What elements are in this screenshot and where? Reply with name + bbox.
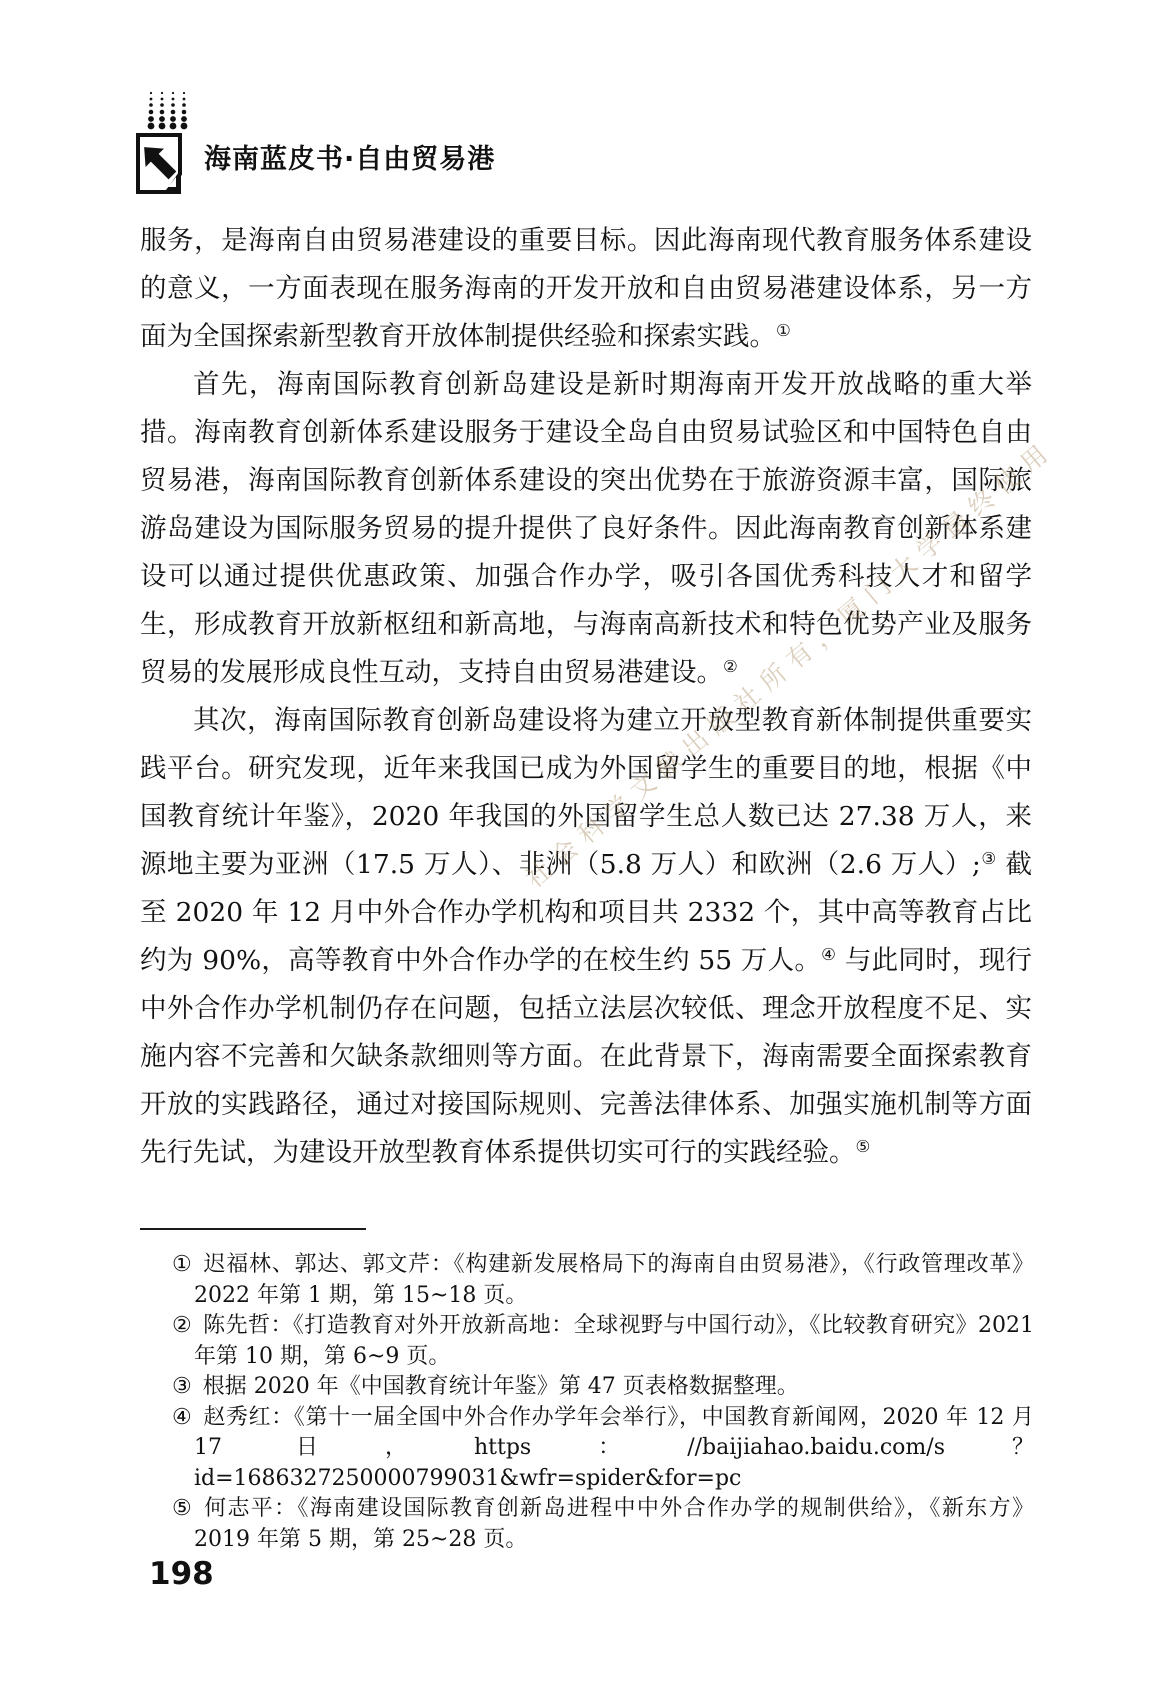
footnote-list: ①迟福林、郭达、郭文芹：《构建新发展格局下的海南自由贸易港》，《行政管理改革》2… — [172, 1250, 1034, 1555]
footnote-item: ②陈先哲：《打造教育对外开放新高地：全球视野与中国行动》，《比较教育研究》202… — [172, 1311, 1034, 1372]
body-paragraph: 服务，是海南自由贸易港建设的重要目标。因此海南现代教育服务体系建设的意义，一方面… — [140, 217, 1032, 361]
paragraph-text: 其次，海南国际教育创新岛建设将为建立开放型教育新体制提供重要实践平台。研究发现，… — [140, 705, 1032, 880]
footnote-ref: ⑤ — [856, 1137, 871, 1156]
footnote-text: 赵秀红：《第十一届全国中外合作办学年会举行》，中国教育新闻网，2020 年 12… — [194, 1405, 1034, 1491]
paragraph-text: 首先，海南国际教育创新岛建设是新时期海南开发开放战略的重大举措。海南教育创新体系… — [140, 369, 1032, 688]
document-page: 海南蓝皮书·自由贸易港 服务，是海南自由贸易港建设的重要目标。因此海南现代教育服… — [0, 0, 1166, 1683]
body-paragraph: 其次，海南国际教育创新岛建设将为建立开放型教育新体制提供重要实践平台。研究发现，… — [140, 697, 1032, 1177]
paragraph-text: 服务，是海南自由贸易港建设的重要目标。因此海南现代教育服务体系建设的意义，一方面… — [140, 225, 1032, 352]
footnote-marker: ③ — [172, 1374, 192, 1399]
footnote-text: 根据 2020 年《中国教育统计年鉴》第 47 页表格数据整理。 — [203, 1374, 799, 1399]
page-number: 198 — [149, 1556, 214, 1592]
body-text: 服务，是海南自由贸易港建设的重要目标。因此海南现代教育服务体系建设的意义，一方面… — [140, 217, 1032, 1177]
paragraph-text: 与此同时，现行中外合作办学机制仍存在问题，包括立法层次较低、理念开放程度不足、实… — [140, 945, 1032, 1168]
footnote-item: ④赵秀红：《第十一届全国中外合作办学年会举行》，中国教育新闻网，2020 年 1… — [172, 1403, 1034, 1495]
footnote-item: ①迟福林、郭达、郭文芹：《构建新发展格局下的海南自由贸易港》，《行政管理改革》2… — [172, 1250, 1034, 1311]
logo-dots-icon — [147, 90, 189, 130]
logo-page-arrow-icon — [133, 132, 187, 196]
footnote-marker: ④ — [172, 1405, 192, 1430]
body-paragraph: 首先，海南国际教育创新岛建设是新时期海南开发开放战略的重大举措。海南教育创新体系… — [140, 361, 1032, 697]
footnote-ref: ③ — [981, 849, 997, 868]
footnote-item: ⑤何志平：《海南建设国际教育创新岛进程中中外合作办学的规制供给》，《新东方》20… — [172, 1494, 1034, 1555]
footnote-text: 何志平：《海南建设国际教育创新岛进程中中外合作办学的规制供给》，《新东方》201… — [194, 1496, 1034, 1552]
footnote-marker: ① — [172, 1252, 192, 1277]
publisher-logo — [133, 88, 203, 198]
footnote-marker: ⑤ — [172, 1496, 193, 1521]
footnote-text: 陈先哲：《打造教育对外开放新高地：全球视野与中国行动》，《比较教育研究》2021… — [194, 1313, 1034, 1369]
footnote-item: ③根据 2020 年《中国教育统计年鉴》第 47 页表格数据整理。 — [172, 1372, 1034, 1403]
series-title: 海南蓝皮书·自由贸易港 — [204, 144, 495, 176]
footnote-marker: ② — [172, 1313, 192, 1338]
footnote-separator — [140, 1228, 366, 1230]
footnote-text: 迟福林、郭达、郭文芹：《构建新发展格局下的海南自由贸易港》，《行政管理改革》20… — [194, 1252, 1034, 1308]
footnote-ref: ② — [723, 657, 738, 676]
footnote-ref: ① — [776, 321, 791, 340]
footnote-ref: ④ — [821, 945, 836, 964]
